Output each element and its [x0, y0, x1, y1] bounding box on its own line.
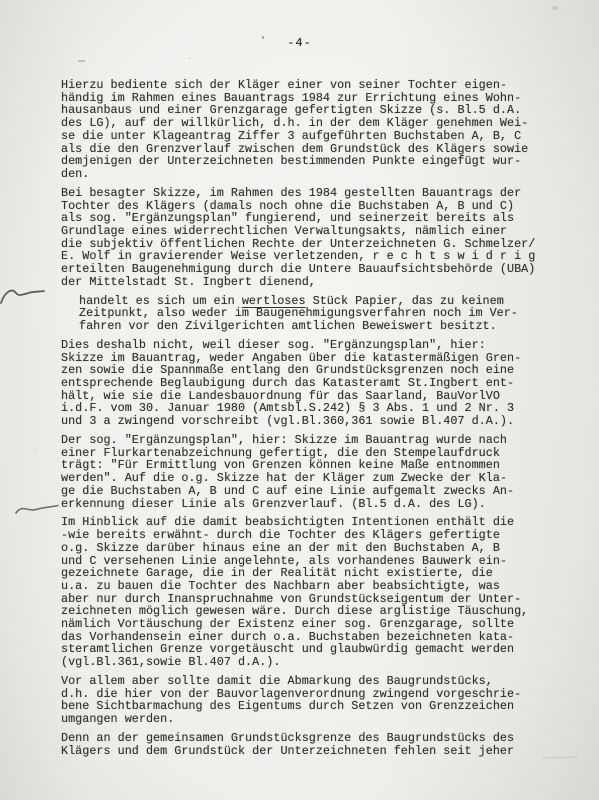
paragraph-1: Hierzu bediente sich der Kläger einer vo… — [61, 79, 558, 181]
paragraph-4: Dies deshalb nicht, weil dieser sog. "Er… — [61, 339, 558, 428]
paragraph-5: Der sog. "Ergänzungsplan", hier: Skizze … — [61, 434, 558, 510]
p3-remaining-lines: Zeitpunkt, also weder im Baugenehmigungs… — [79, 306, 518, 333]
paragraph-3-indented: handelt es sich um ein wertloses Stück P… — [61, 295, 558, 333]
paragraph-2: Bei besagter Skizze, im Rahmen des 1984 … — [61, 187, 558, 289]
scan-speck — [78, 60, 85, 62]
paragraph-8: Denn an der gemeinsamen Grundstücksgrenz… — [61, 732, 558, 757]
scan-speck — [189, 57, 191, 59]
scan-speck — [34, 449, 36, 451]
pen-squiggle-lower-icon — [12, 499, 64, 519]
page-number: -4- — [0, 36, 599, 50]
scan-speck — [552, 6, 558, 10]
scanned-document-page: { "doc": { "page_number": "-4-", "paragr… — [0, 0, 599, 800]
document-body: Hierzu bediente sich der Kläger einer vo… — [61, 79, 558, 764]
paragraph-7: Vor allem aber sollte damit die Abmarkun… — [61, 675, 558, 726]
paragraph-6: Im Hinblick auf die damit beabsichtigten… — [61, 516, 558, 668]
pen-squiggle-upper-icon — [0, 284, 46, 310]
